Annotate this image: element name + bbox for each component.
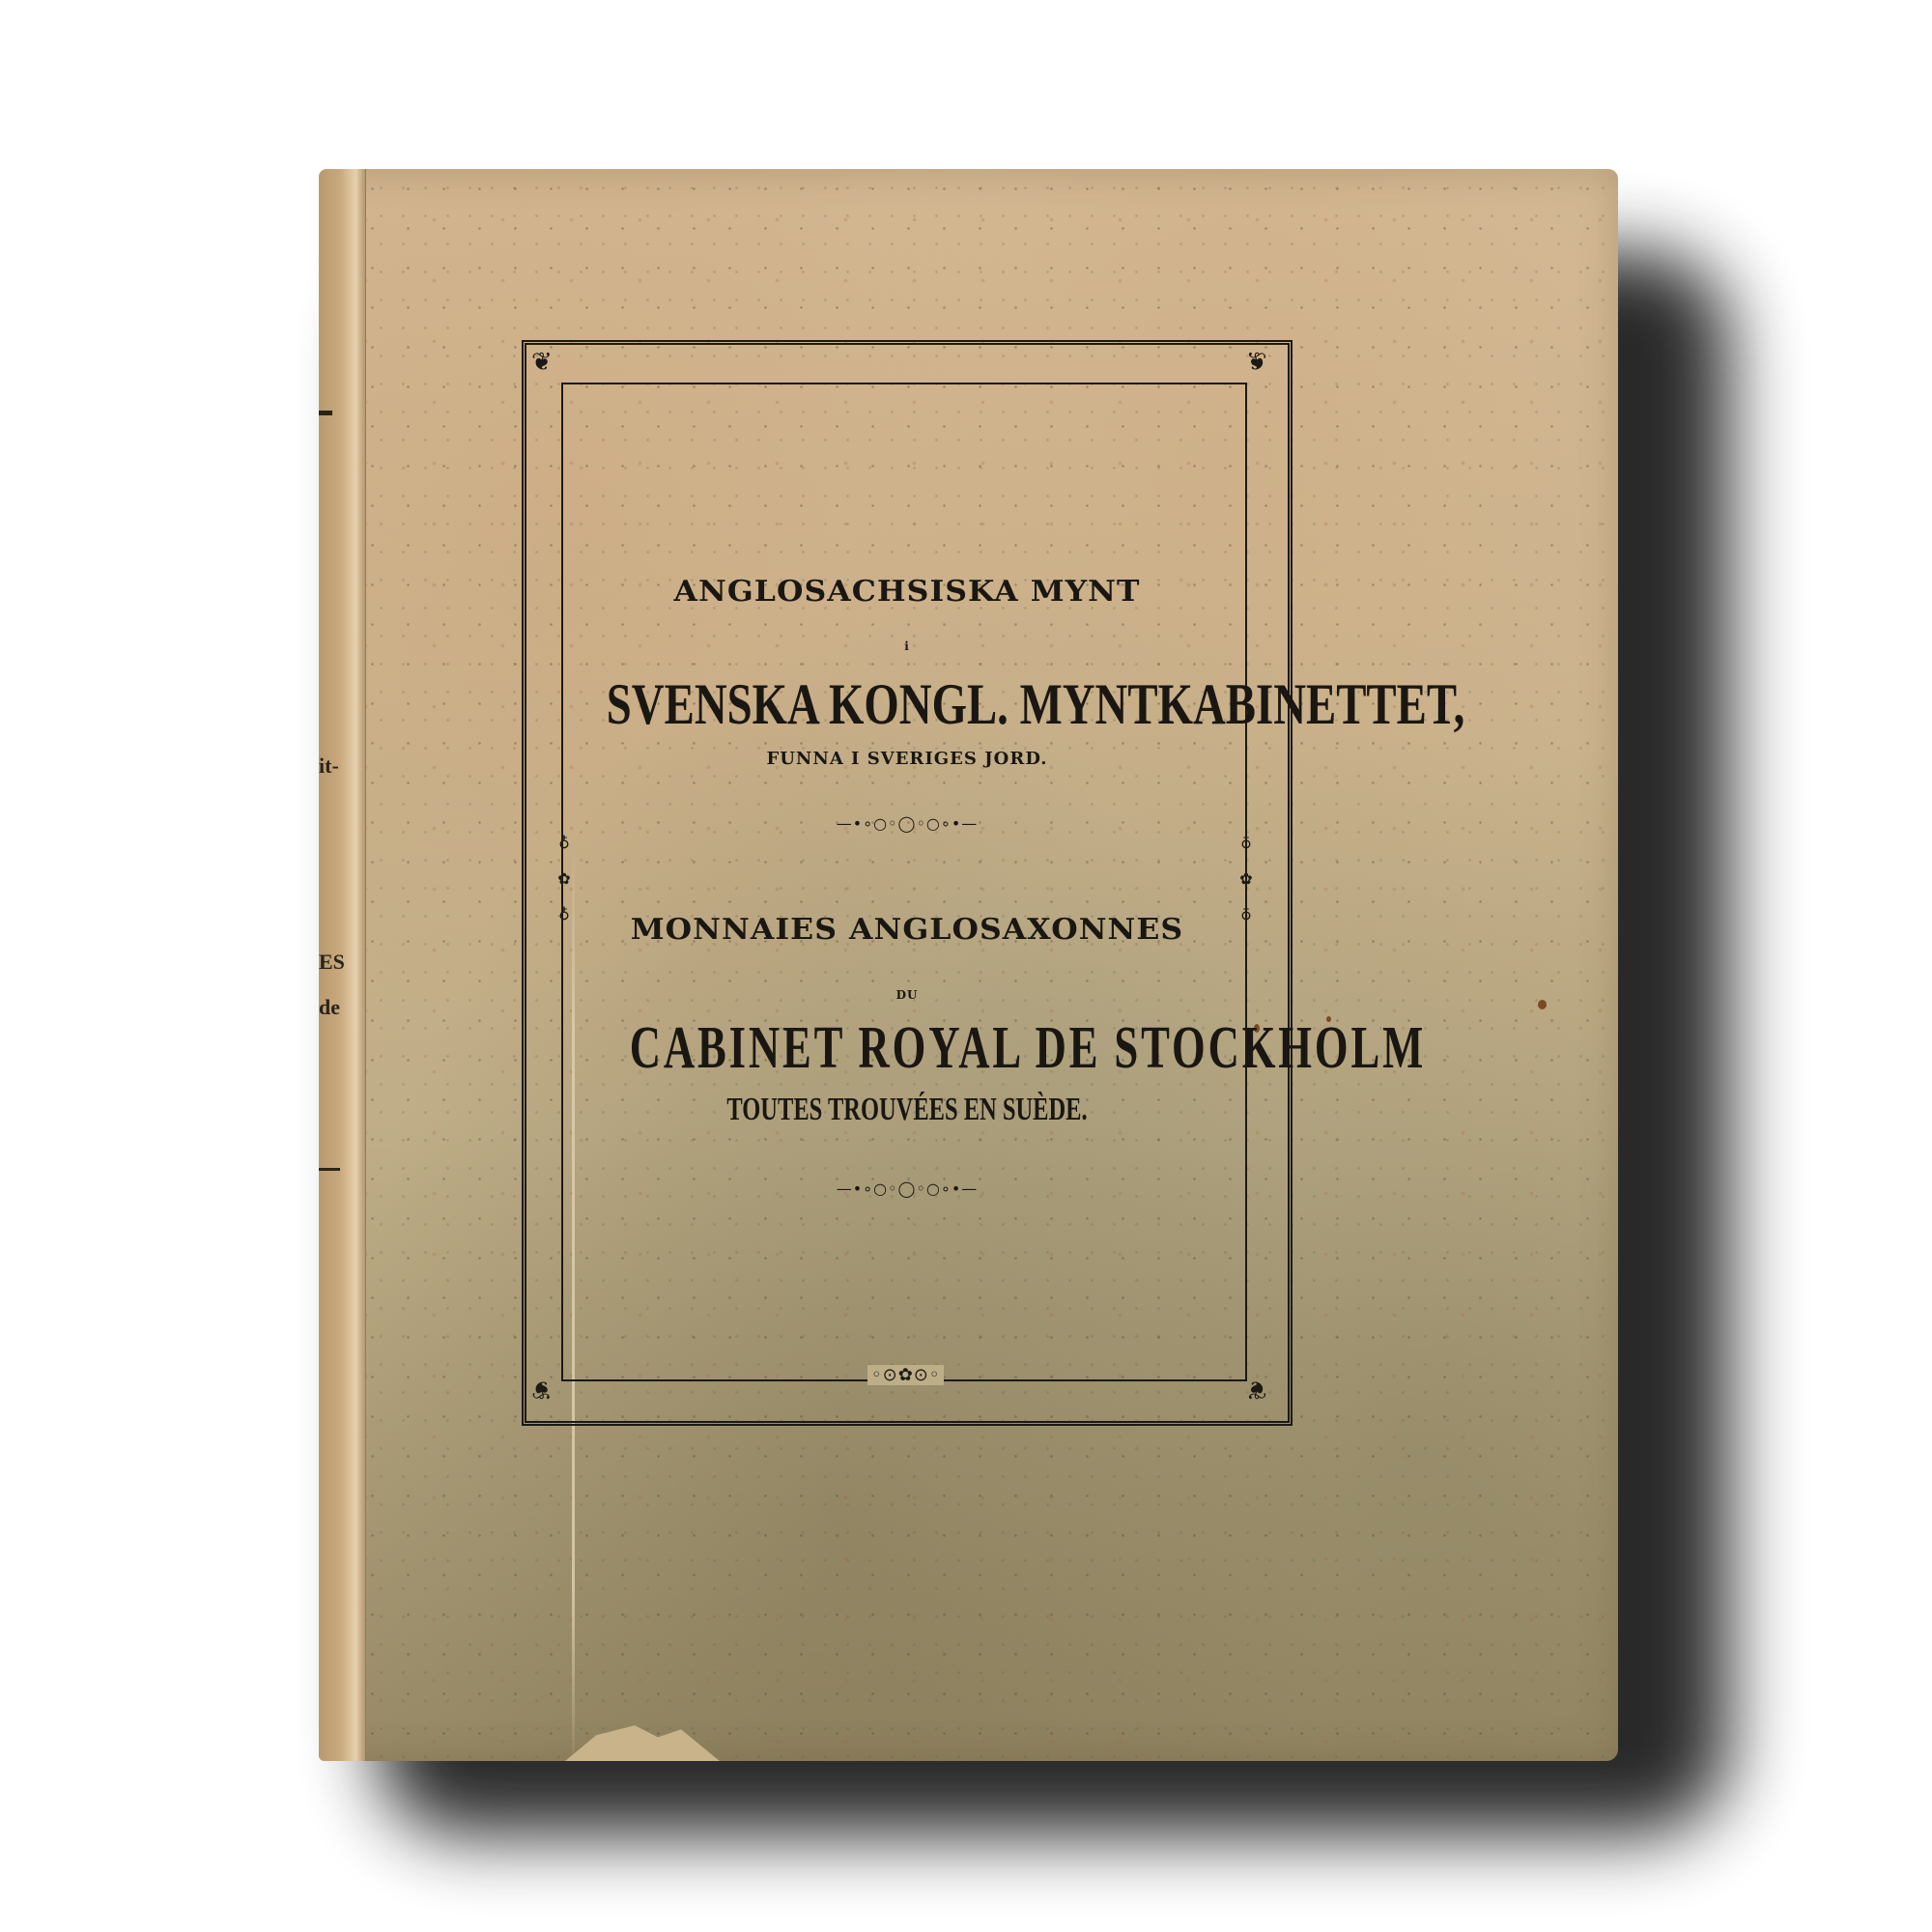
corner-ornament-icon: ❦: [531, 350, 553, 375]
bottom-center-ornament-icon: ◦⊙✿⊙◦: [867, 1365, 944, 1385]
subtitle-swedish: SVENSKA KONGL. MYNTKABINETTET,: [607, 671, 1207, 738]
inner-border: [561, 383, 1247, 1381]
corner-ornament-icon: ❦: [1246, 350, 1267, 375]
title-swedish: ANGLOSACHSISKA MYNT: [502, 575, 1312, 609]
connector-swedish: i: [522, 639, 1293, 653]
divider-ornament-icon: —•∘○◦◯◦○∘•—: [522, 814, 1293, 833]
spine-text-fragment: de: [319, 995, 340, 1020]
foxing-spot: [1538, 1000, 1547, 1009]
title-french: MONNAIES ANGLOSAXONNES: [502, 913, 1312, 947]
spine-rule: [319, 1168, 340, 1171]
torn-edge: [565, 1721, 720, 1761]
corner-ornament-icon: ❦: [1246, 1377, 1267, 1402]
spine-text-fragment: it-: [319, 753, 339, 779]
spine-text-fragment: ES: [319, 950, 345, 975]
subtitle-french: CABINET ROYAL DE STOCKHOLM: [630, 1014, 1185, 1083]
note-french: TOUTES TROUVÉES EN SUÈDE.: [630, 1092, 1185, 1128]
connector-french: DU: [522, 988, 1293, 1002]
right-side-ornament-icon: ♁ ✿ ♁: [1235, 836, 1258, 923]
corner-ornament-icon: ❦: [531, 1377, 553, 1402]
book-cover: it- ES de ❦ ❦ ❦ ❦ ♁ ✿ ♁ ♁ ✿ ♁ ◦⊙✿⊙◦ ANGL…: [319, 169, 1618, 1761]
note-swedish: FUNNA I SVERIGES JORD.: [522, 749, 1293, 769]
divider-ornament-icon: —•∘○◦◯◦○∘•—: [522, 1179, 1293, 1198]
book-spine: it- ES de: [319, 169, 366, 1761]
left-side-ornament-icon: ♁ ✿ ♁: [553, 836, 576, 923]
spine-rule: [319, 411, 332, 415]
